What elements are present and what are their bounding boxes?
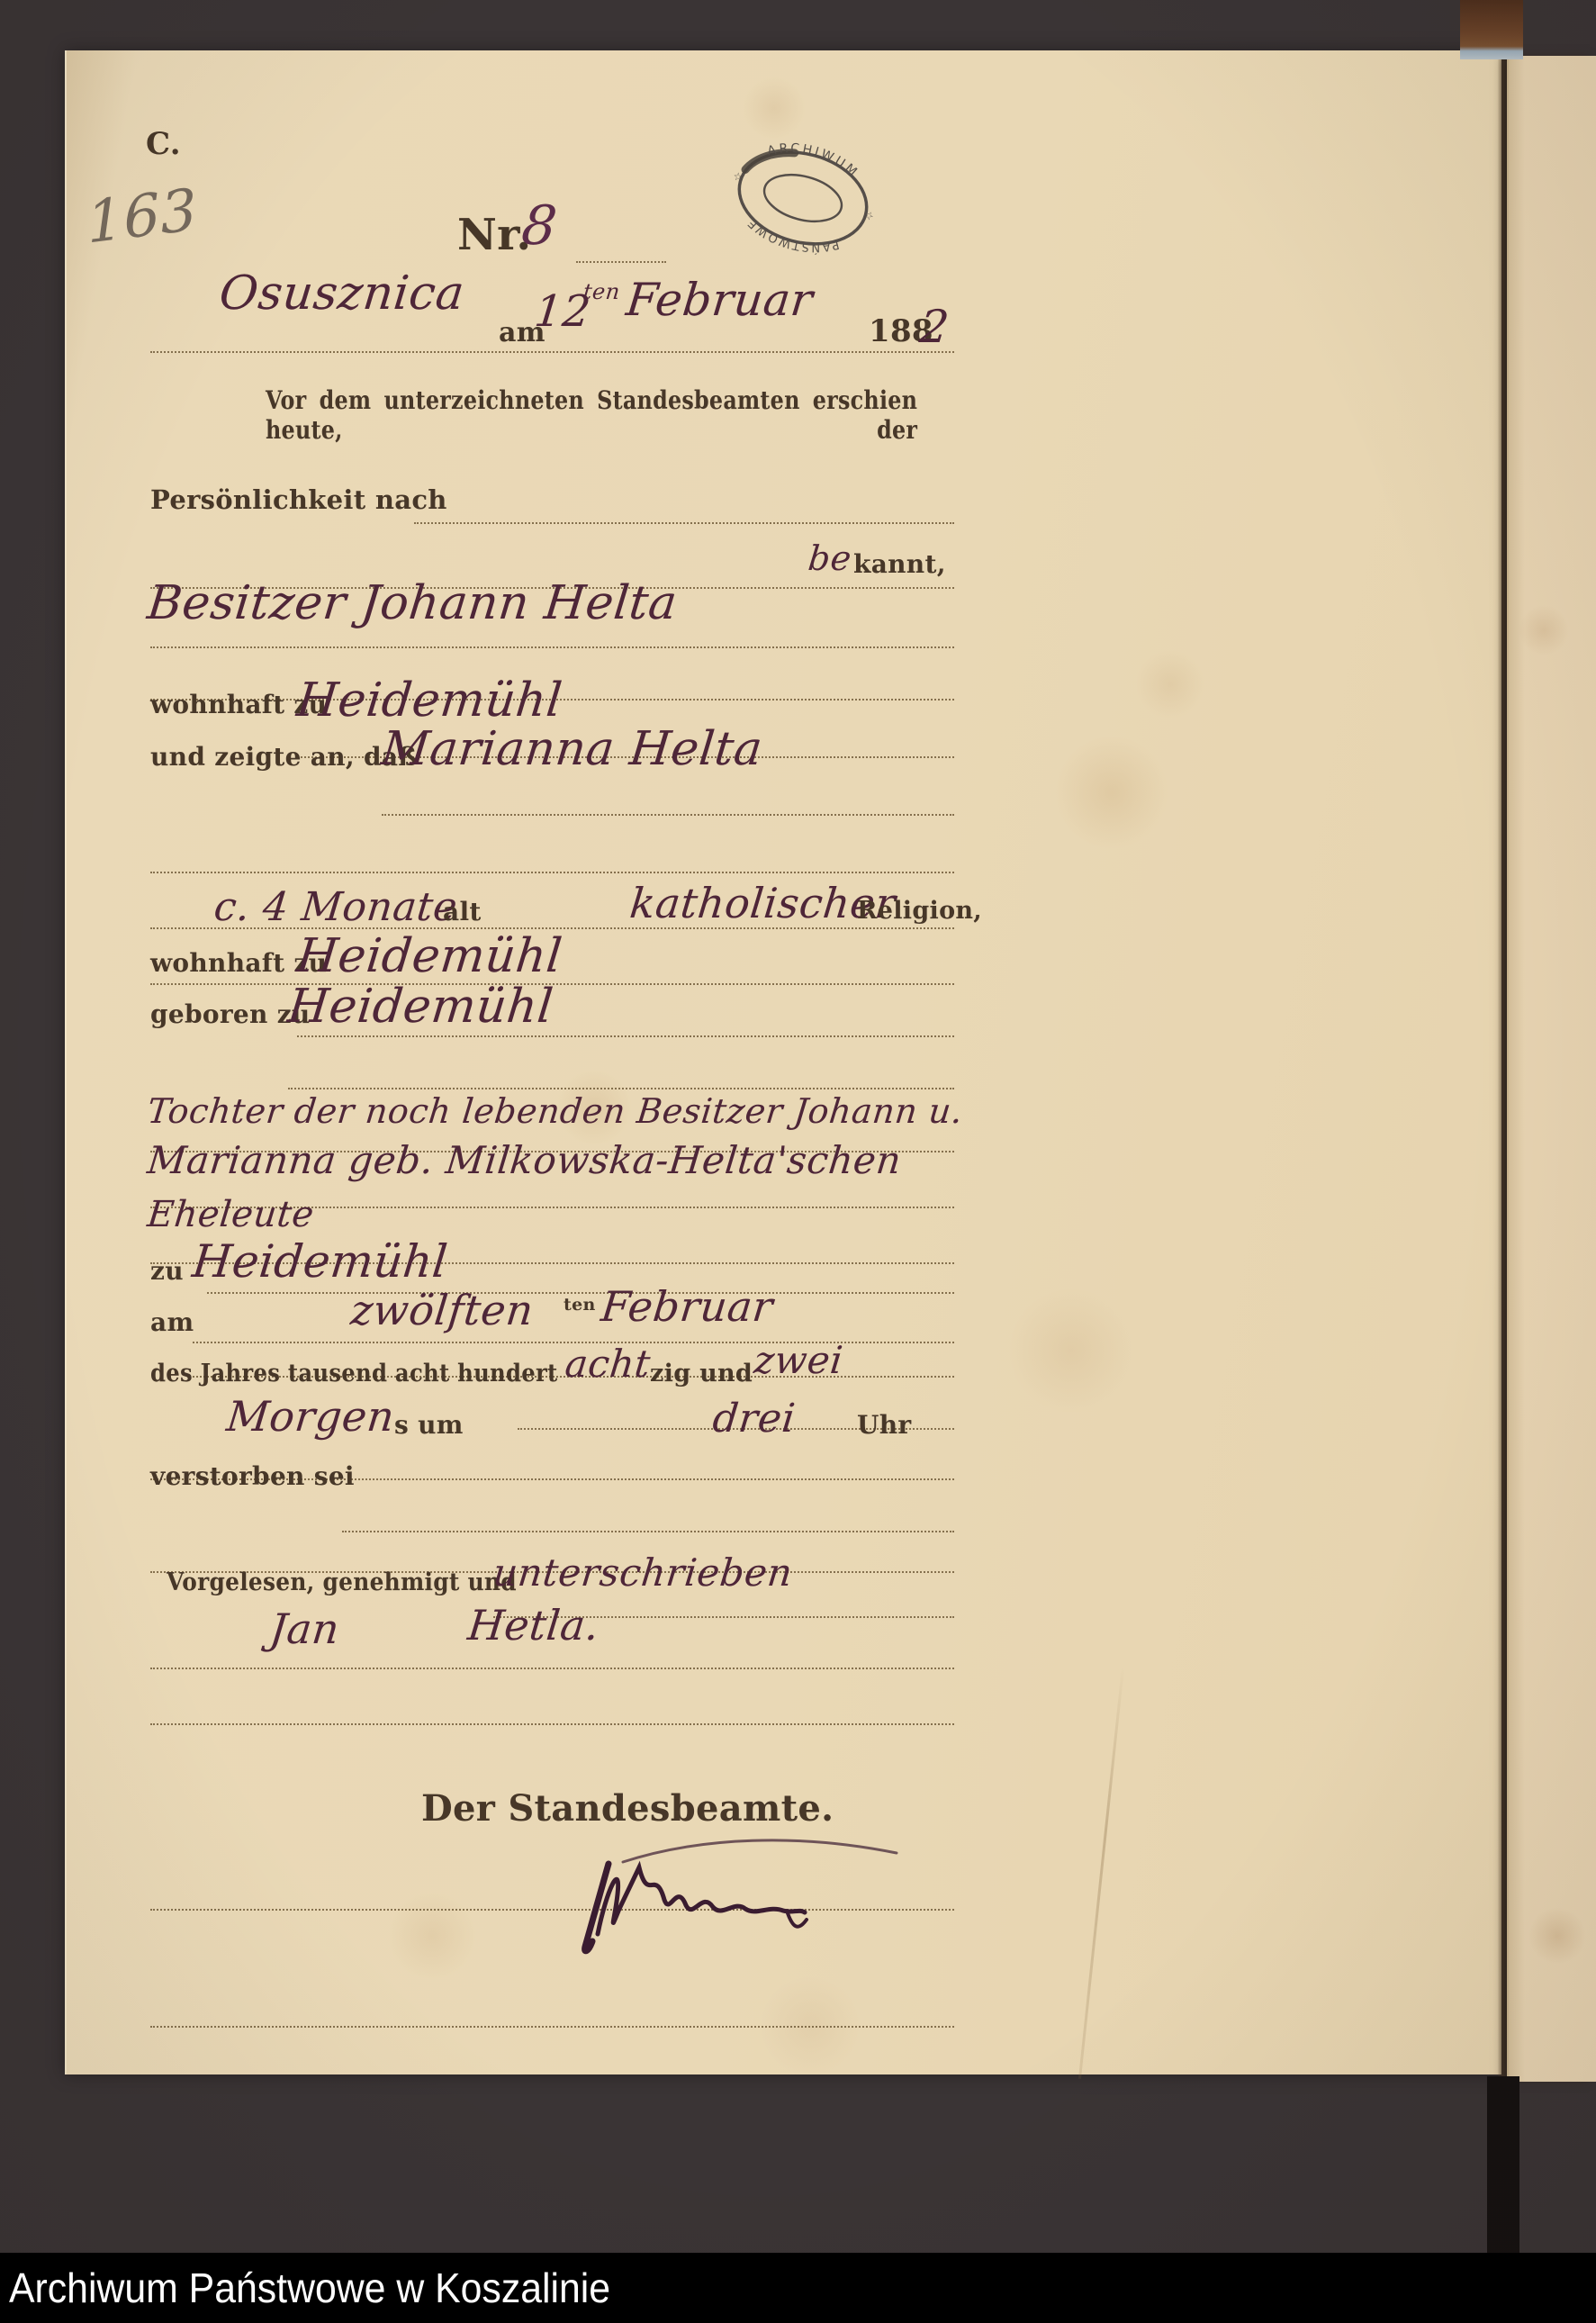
zeigte-an-label: und zeigte an, daß (150, 742, 418, 772)
record-number-value: 8 (518, 194, 560, 258)
dotted-rule (207, 1292, 954, 1294)
kannt-label: kannt, (853, 549, 946, 579)
pencil-page-number: 163 (86, 176, 200, 257)
zu-label: zu (150, 1256, 184, 1286)
death-hour: drei (710, 1396, 798, 1442)
parents-line-2: Marianna geb. Milkowska-Helta'schen (145, 1138, 903, 1182)
dotted-rule (382, 814, 954, 816)
persoenlichkeit-label: Persönlichkeit nach (150, 484, 447, 515)
archive-caption: Archiwum Państwowe w Koszalinie (9, 2264, 610, 2312)
official-title: Der Standesbeamte. (421, 1787, 834, 1830)
declarant-residence: Heidemühl (294, 673, 565, 728)
alt-label: alt (443, 897, 482, 926)
vorgelesen-label: Vorgelesen, genehmigt und (167, 1568, 517, 1596)
dotted-rule (342, 1531, 954, 1532)
entry-day-suffix: ten (582, 279, 622, 304)
intro-text: Vor dem unterzeichneten Standesbeamten e… (266, 385, 917, 445)
dotted-rule (297, 1035, 954, 1037)
page-fold-gap (1498, 52, 1507, 2078)
year-word-2: zwei (752, 1338, 845, 1382)
dotted-rule (150, 872, 954, 873)
deceased-age: c. 4 Monate (212, 884, 459, 930)
death-day-word: zwölften (348, 1286, 536, 1334)
religion-label: Religion, (857, 897, 982, 925)
party-signature-surname: Hetla. (465, 1601, 601, 1650)
unterschrieben-handwritten: unterschrieben (491, 1550, 794, 1595)
dotted-rule (150, 351, 954, 353)
entry-place: Osusznica (217, 267, 467, 321)
dotted-rule (150, 1668, 954, 1669)
death-place: Heidemühl (190, 1235, 450, 1288)
am-death-label: am (150, 1307, 194, 1337)
parents-line-1: Tochter der noch lebenden Besitzer Johan… (146, 1091, 965, 1131)
ten-suffix-label: ten (564, 1295, 596, 1315)
zig-und-label: zig und (650, 1360, 753, 1387)
dotted-rule (150, 2026, 954, 2028)
document-photo: C. 163 Nr. 8 ARCHIWUM PAŃSTWOWE ☆ ☆ Osus… (0, 0, 1596, 2323)
declarant-name: Besitzer Johann Helta (145, 576, 680, 630)
year-written: 2 (917, 301, 951, 353)
death-month: Februar (599, 1282, 775, 1331)
dotted-rule (576, 261, 666, 263)
party-signature-given: Jan (267, 1604, 342, 1653)
deceased-name: Marianna Helta (379, 722, 765, 776)
dotted-rule (150, 1723, 954, 1725)
adjacent-page-edge (1507, 56, 1596, 2082)
register-page (65, 50, 1501, 2074)
binding-shadow (1487, 2076, 1519, 2255)
dotted-rule (150, 646, 954, 648)
birthplace: Heidemühl (285, 980, 556, 1034)
parents-line-3: Eheleute (146, 1194, 316, 1235)
archive-caption-bar: Archiwum Państwowe w Koszalinie (0, 2253, 1596, 2323)
year-word-1: acht (563, 1342, 653, 1386)
uhr-label: Uhr (857, 1410, 911, 1440)
dotted-rule (288, 1088, 954, 1089)
s-um-label: s um (394, 1410, 464, 1440)
corner-letter: C. (146, 126, 181, 162)
bekannt-handwritten: be (807, 538, 853, 578)
dotted-rule (414, 522, 954, 524)
book-binding (1460, 0, 1523, 59)
deceased-residence: Heidemühl (294, 929, 565, 983)
daytime-handwritten: Morgen (224, 1392, 397, 1441)
verstorben-label: verstorben sei (150, 1461, 355, 1491)
year-label: des Jahres tausend acht hundert (150, 1360, 558, 1387)
entry-month: Februar (624, 274, 816, 326)
registrar-signature (565, 1826, 925, 1979)
